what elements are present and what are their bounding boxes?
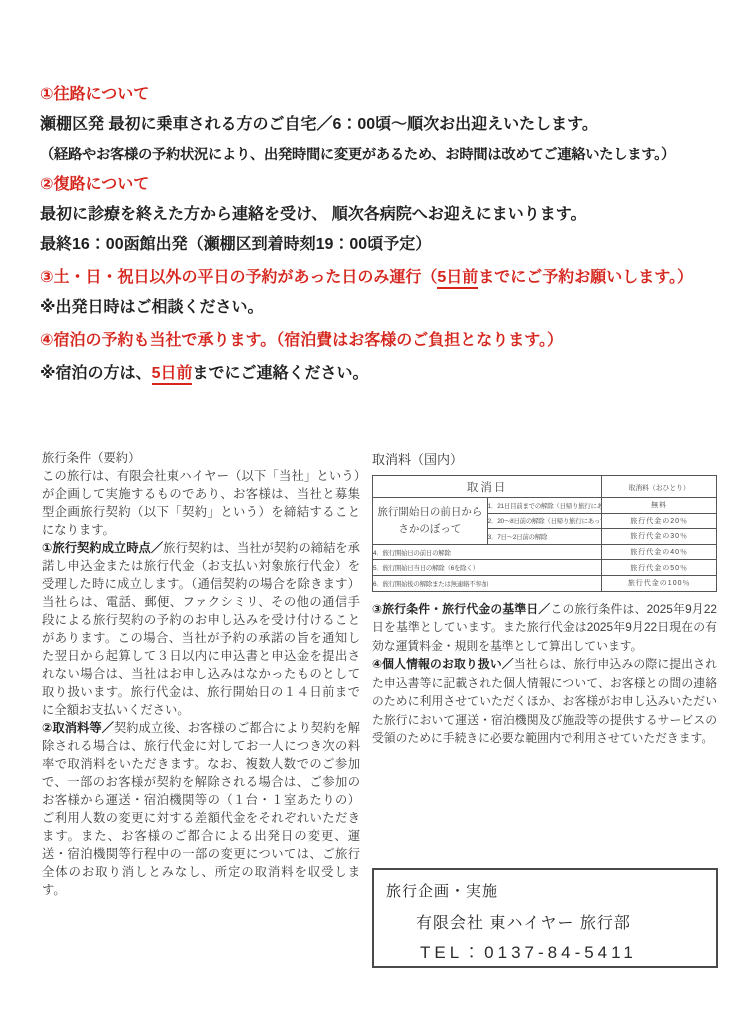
clause1-body: 旅行契約は、当社が契約の締結を承諾し申込金または旅行代金（お支払い対象旅行代金）… [42, 541, 360, 717]
conditions-intro: この旅行は、有限会社東ハイヤー（以下「当社」という）が企画して実施するものであり… [42, 469, 360, 537]
cancellation-fee-table: 取消日 取消料（おひとり） 旅行開始日の前日からさかのぼって 1．21日目前まで… [372, 475, 717, 592]
table-row-4-label: 4．旅行開始日の前日の解除 [373, 544, 602, 560]
lodging-contact-note: ※宿泊の方は、5日前までにご連絡ください。 [40, 365, 708, 383]
return-body-2: 最終16：00函館出発（瀬棚区到着時刻19：00頃予定） [40, 236, 708, 254]
outbound-note: （経路やお客様の予約状況により、出発時間に変更があるため、お時間は改めてご連絡い… [40, 146, 708, 164]
table-row-6-fee: 旅行代金の100％ [602, 575, 717, 591]
five-days-before-underline-1: 5日前 [437, 269, 478, 289]
conditions-summary-column: 旅行条件（要約） この旅行は、有限会社東ハイヤー（以下「当社」という）が企画して… [42, 449, 360, 899]
outbound-body: 瀬棚区発 最初に乗車される方のご自宅／6：00頃～順次お出迎えいたします。 [40, 116, 708, 134]
clause2-heading: ②取消料等／ [42, 721, 114, 735]
table-row-4-fee: 旅行代金の40％ [602, 544, 717, 560]
cancellation-title: 取消料（国内） [372, 449, 717, 468]
departure-consult-note: ※出発日時はご相談ください。 [40, 299, 708, 317]
return-heading: ②復路について [40, 176, 708, 194]
lodging-note-suffix: までにご連絡ください。 [192, 365, 368, 382]
table-row-3-label: 3．7日～2日前の解除 [487, 529, 602, 545]
clause1-heading: ①旅行契約成立時点／ [42, 541, 163, 555]
table-side-label: 旅行開始日の前日からさかのぼって [373, 498, 488, 545]
return-body-1: 最初に診療を終えた方から連絡を受け、 順次各病院へお迎えにまいります。 [40, 206, 708, 224]
table-row-1-fee: 無料 [602, 498, 717, 514]
cancellation-column: 取消料（国内） 取消日 取消料（おひとり） 旅行開始日の前日からさかのぼって 1… [372, 449, 717, 748]
lodging-reservation-notice: ④宿泊の予約も当社で承ります。（宿泊費はお客様のご負担となります。） [40, 332, 708, 350]
weekday-only-prefix: ③土・日・祝日以外の平日の予約があった日のみ運行（ [40, 269, 437, 286]
five-days-before-underline-2: 5日前 [152, 365, 193, 385]
table-row-5-fee: 旅行代金の50％ [602, 560, 717, 576]
table-row-6-label: 6．旅行開始後の解除または無連絡不参加 [373, 575, 602, 591]
table-header-cancel-day: 取消日 [373, 476, 602, 498]
travel-conditions-flyer-page: ①往路について 瀬棚区発 最初に乗車される方のご自宅／6：00頃～順次お出迎えい… [0, 0, 740, 1024]
table-row-3-fee: 旅行代金の30％ [602, 529, 717, 545]
table-header-fee: 取消料（おひとり） [602, 476, 717, 498]
table-row-2-fee: 旅行代金の20％ [602, 513, 717, 529]
publisher-box: 旅行企画・実施 有限会社 東ハイヤー 旅行部 TEL：0137-84-5411 [372, 868, 718, 968]
service-notice-block: ①往路について 瀬棚区発 最初に乗車される方のご自宅／6：00頃～順次お出迎えい… [40, 86, 708, 395]
clause3-heading: ③旅行条件・旅行代金の基準日／ [372, 602, 550, 616]
table-row-1-label: 1．21日目前までの解除（日帰り旅行にあっては11日目以前） [487, 498, 602, 514]
lodging-note-prefix: ※宿泊の方は、 [40, 365, 152, 382]
conditions-title: 旅行条件（要約） [42, 449, 360, 467]
publisher-company-name: 有限会社 東ハイヤー 旅行部 [416, 910, 631, 933]
weekday-only-notice: ③土・日・祝日以外の平日の予約があった日のみ運行（5日前までにご予約お願いします… [40, 269, 708, 287]
weekday-only-suffix: までにご予約お願いします。） [478, 269, 693, 286]
outbound-heading: ①往路について [40, 86, 708, 104]
clause2-body: 契約成立後、お客様のご都合により契約を解除される場合は、旅行代金に対してお一人に… [42, 721, 360, 897]
table-row-5-label: 5．旅行開始日当日の解除（6を除く） [373, 560, 602, 576]
cancellation-clauses: ③旅行条件・旅行代金の基準日／この旅行条件は、2025年9月22日を基準としてい… [372, 600, 717, 748]
publisher-phone: TEL：0137-84-5411 [420, 938, 637, 963]
table-row-2-label: 2．20～8日前の解除（日帰り旅行にあっては10日目以降）（3～6を除く） [487, 513, 602, 529]
clause4-heading: ④個人情報のお取り扱い／ [372, 657, 514, 671]
publisher-label: 旅行企画・実施 [386, 880, 498, 901]
